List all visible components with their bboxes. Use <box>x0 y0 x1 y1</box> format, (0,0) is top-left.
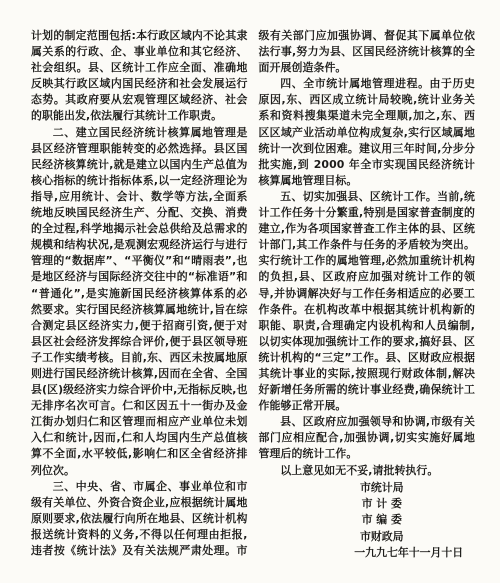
signature-finance-bureau: 市财政局 <box>259 529 476 545</box>
paragraph-section-5: 五、切实加强县、区统计工作。当前,统计工作任务十分繁重,特别是国家普查制度的建立… <box>259 189 476 414</box>
scanned-document-page: 计划的制定范围包括:本行政区域内不论其隶属关系的行政、企、事业单位和其它经济、社… <box>0 0 500 583</box>
document-date: 一九九七年十一月十日 <box>259 545 476 561</box>
paragraph-continuation: 计划的制定范围包括:本行政区域内不论其隶属关系的行政、企、事业单位和其它经济、社… <box>31 28 248 125</box>
paragraph-section-4: 四、全市统计属地管理进程。由于历史原因,东、西区成立统计局较晚,统计业务关系和资… <box>259 76 476 189</box>
signature-block: 市统计局 市 计 委 市 编 委 市财政局 一九九七年十一月十日 <box>259 480 476 562</box>
signature-statistics-bureau: 市统计局 <box>259 480 476 496</box>
paragraph-coordination: 县、区政府应加强领导和协调,市级有关部门应相应配合,加强协调,切实实施好属地管理… <box>259 414 476 462</box>
paragraph-approval-request: 以上意见如无不妥,请批转执行。 <box>259 463 476 479</box>
signature-organization-commission: 市 编 委 <box>259 512 476 528</box>
document-body: 计划的制定范围包括:本行政区域内不论其隶属关系的行政、企、事业单位和其它经济、社… <box>31 28 475 568</box>
signature-planning-commission: 市 计 委 <box>259 496 476 512</box>
paragraph-section-2: 二、建立国民经济统计核算属地管理是县区经济管理职能转变的必然选择。县区国民经济核… <box>31 125 248 479</box>
